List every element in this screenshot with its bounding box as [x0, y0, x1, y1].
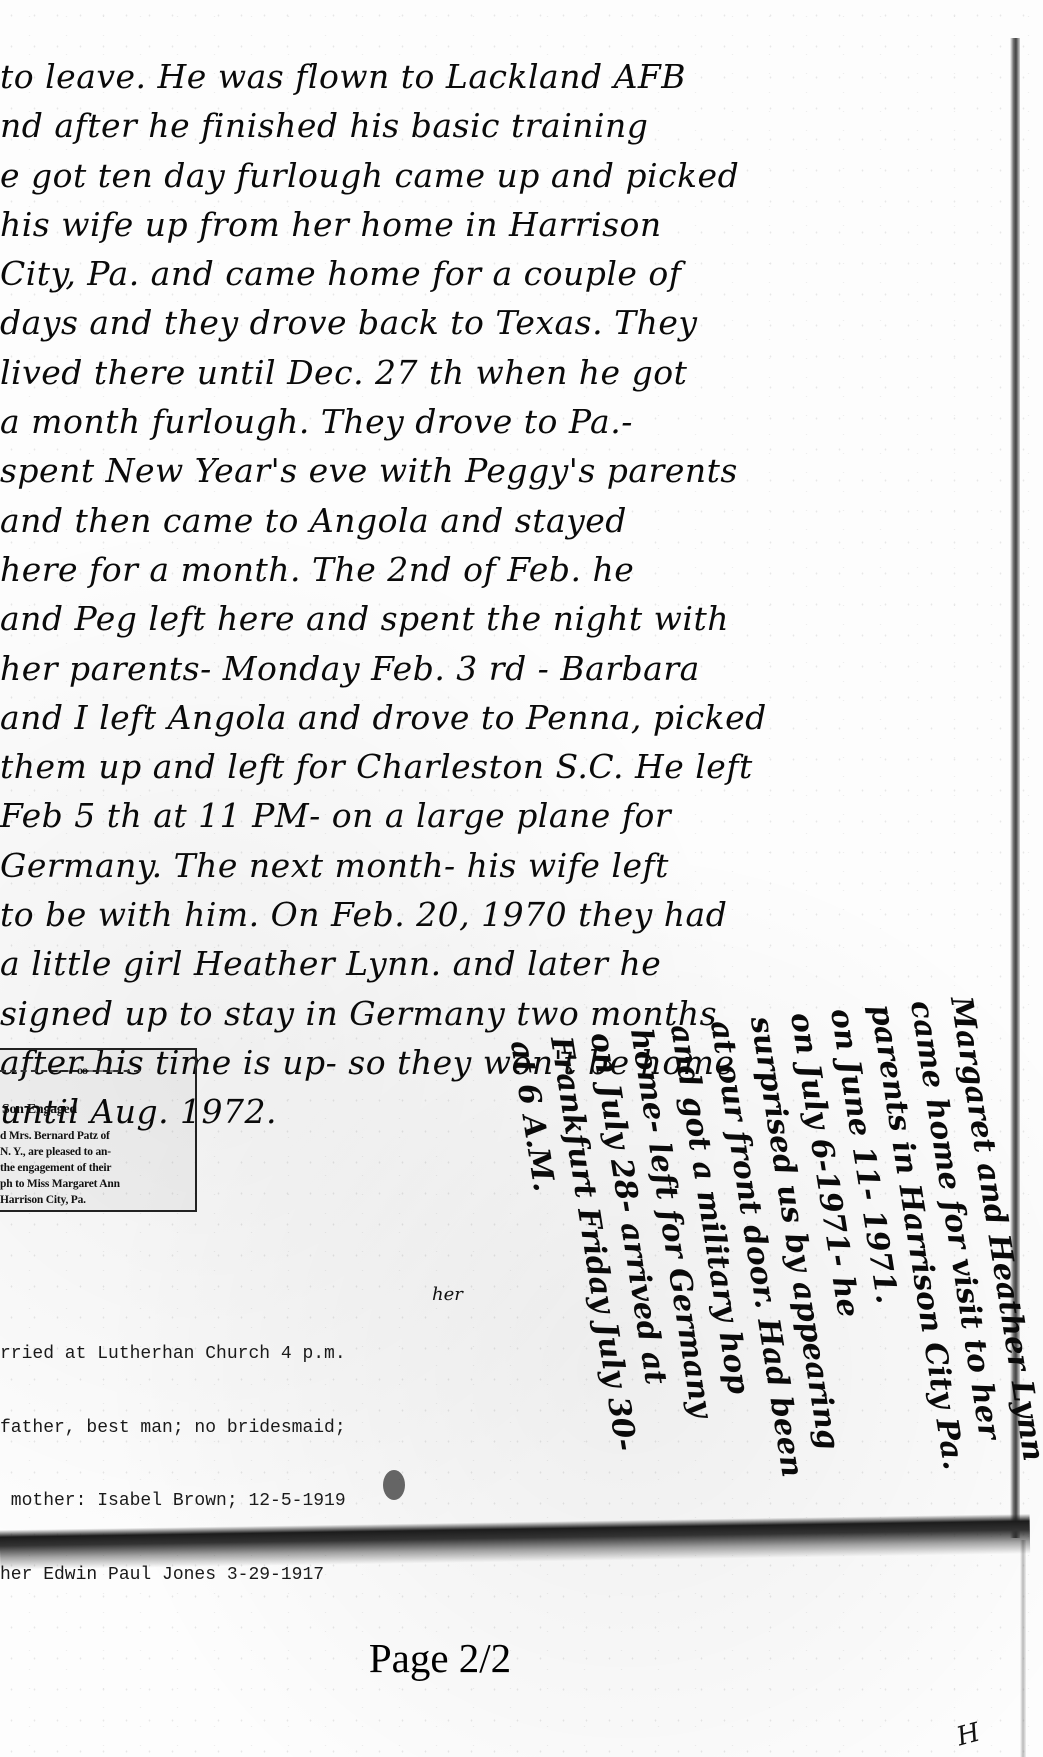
letter-line: his wife up from her home in Harrison — [0, 200, 960, 249]
letter-line: City, Pa. and came home for a couple of — [0, 249, 960, 298]
clipping-headline: Son Engaged — [2, 1102, 77, 1118]
letter-line: Germany. The next month- his wife left — [0, 841, 960, 890]
letter-line: spent New Year's eve with Peggy's parent… — [0, 446, 960, 495]
letter-line: days and they drove back to Texas. They — [0, 298, 960, 347]
clipping-line: ph to Miss Margaret Ann — [0, 1178, 120, 1190]
clipping-line: d Mrs. Bernard Patz of — [0, 1130, 110, 1142]
letter-line: them up and left for Charleston S.C. He … — [0, 742, 960, 791]
newspaper-clipping: ---------oo--------- Son Engaged d Mrs. … — [0, 1048, 197, 1212]
letter-line: and then came to Angola and stayed — [0, 496, 960, 545]
letter-line: to leave. He was flown to Lackland AFB — [0, 52, 960, 101]
typed-line: rried at Lutherhan Church 4 p.m. — [0, 1342, 346, 1367]
letter-line: a little girl Heather Lynn. and later he — [0, 939, 960, 988]
typed-line: mother: Isabel Brown; 12-5-1919 — [0, 1489, 346, 1514]
letter-line: a month furlough. They drove to Pa.- — [0, 397, 960, 446]
clipping-line: Harrison City, Pa. — [0, 1194, 86, 1206]
letter-line: e got ten day furlough came up and picke… — [0, 151, 960, 200]
letter-line: Feb 5 th at 11 PM- on a large plane for — [0, 791, 960, 840]
ink-smudge — [383, 1470, 405, 1500]
rotated-handwritten-notes: Margaret and Heather Lynncame home for v… — [470, 1000, 1000, 1500]
typed-line: father, best man; no bridesmaid; — [0, 1416, 346, 1441]
letter-line: her parents- Monday Feb. 3 rd - Barbara — [0, 644, 960, 693]
scanned-page: to leave. He was flown to Lackland AFBnd… — [0, 0, 1043, 1757]
margin-note: her — [432, 1284, 463, 1305]
letter-line: here for a month. The 2nd of Feb. he — [0, 545, 960, 594]
letter-line: and Peg left here and spent the night wi… — [0, 594, 960, 643]
clipping-line: the engagement of their — [0, 1162, 111, 1174]
clipping-line: N. Y., are pleased to an- — [0, 1146, 111, 1158]
clipping-ornament: ---------oo--------- — [50, 1063, 114, 1078]
page-number: Page 2/2 — [0, 1634, 880, 1682]
typed-record: rried at Lutherhan Church 4 p.m. father,… — [0, 1293, 346, 1636]
letter-line: to be with him. On Feb. 20, 1970 they ha… — [0, 890, 960, 939]
letter-line: lived there until Dec. 27 th when he got — [0, 348, 960, 397]
letter-line: and I left Angola and drove to Penna, pi… — [0, 693, 960, 742]
paper-right-edge-lower — [1020, 1540, 1026, 1757]
handwritten-letter: to leave. He was flown to Lackland AFBnd… — [0, 52, 960, 1137]
letter-line: nd after he finished his basic training — [0, 101, 960, 150]
